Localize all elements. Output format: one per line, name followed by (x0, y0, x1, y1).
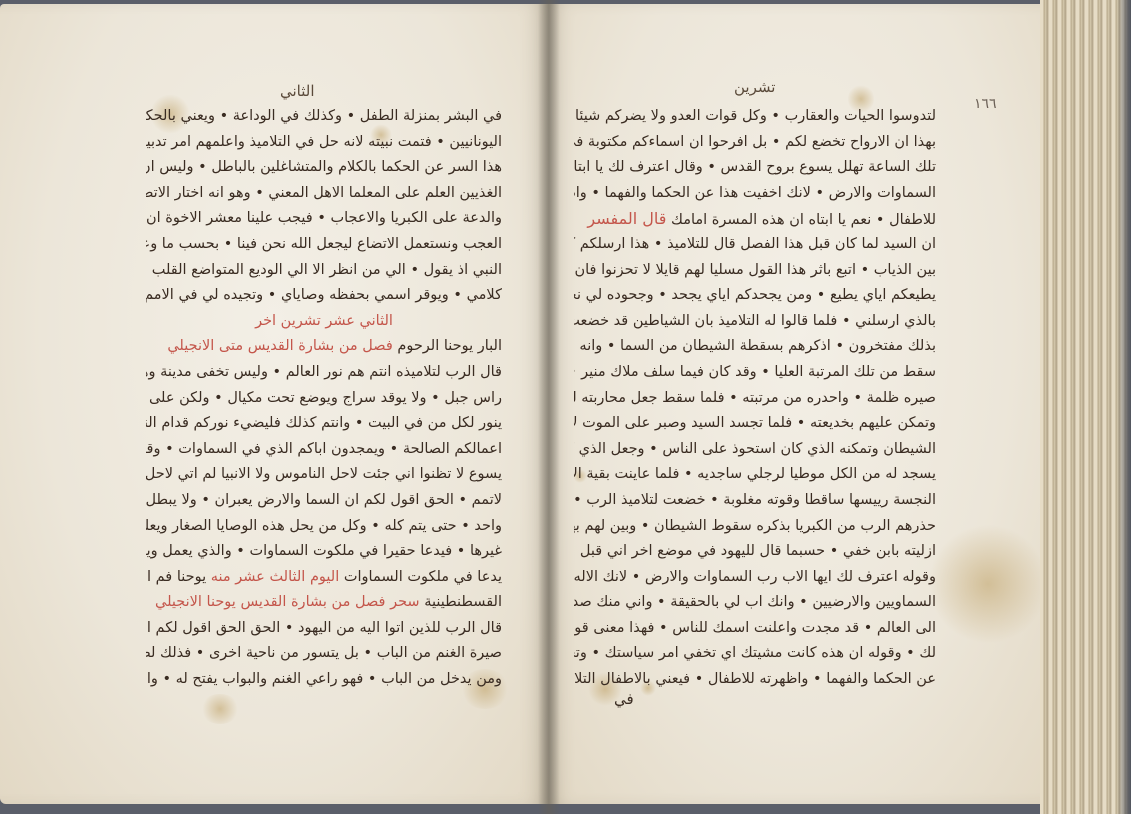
text-line: صيرة الغنم من الباب • بل يتسور من ناحية … (146, 641, 502, 667)
text-line: كلامي • ويوقر اسمي بحفظه وصاياي • وتجيده… (146, 283, 502, 309)
text-line: السماوات والارض • لانك اخفيت هذا عن الحك… (574, 181, 936, 207)
text-line: حذرهم الرب من الكبريا بذكره سقوط الشيطان… (574, 514, 936, 540)
rubric-date-heading: الثاني عشر تشرين اخر (146, 309, 502, 335)
text-line: هذا السر عن الحكما بالكلام والمتشاغلين ب… (146, 155, 502, 181)
text-segment: كلامي • ويوقر اسمي بحفظه وصاياي • وتجيده… (146, 287, 502, 303)
text-line: اعمالكم الصالحة • ويمجدون اباكم الذي في … (146, 437, 502, 463)
text-segment: يدعا في ملكوت السماوات (344, 569, 502, 585)
running-header: تشرين (734, 78, 775, 96)
section-heading-line: القسطنطينية سحر فصل من بشارة القديس يوحن… (146, 590, 502, 616)
rubric-date: اليوم الثالث عشر منه (211, 569, 340, 585)
left-text-block: في البشر بمنزلة الطفل • وكذلك في الوداعة… (146, 104, 502, 693)
rubric-gospel-heading: سحر فصل من بشارة القديس يوحنا الانجيلي (155, 594, 420, 610)
text-line: غيرها • فيدعا حقيرا في ملكوت السماوات • … (146, 539, 502, 565)
text-line: واحد • حتى يتم كله • وكل من يحل هذه الوص… (146, 514, 502, 540)
stain (200, 694, 240, 724)
text-line: راس جبل • ولا يوقد سراج ويوضع تحت مكيال … (146, 386, 502, 412)
text-segment: يوحنا فم الذهب بطريرك (146, 569, 206, 585)
text-line: والدعة على الكبريا والاعجاب • فيجب علينا… (146, 206, 502, 232)
book-gutter (538, 0, 560, 814)
text-line: بين الذياب • اتبع باثر هذا القول مسليا ل… (574, 258, 936, 284)
text-line: قال الرب للذين اتوا اليه من اليهود • الح… (146, 616, 502, 642)
text-line: ان السيد لما كان قبل هذا الفصل قال للتلا… (574, 232, 936, 258)
text-line: بالذي ارسلني • فلما قالوا له التلاميذ با… (574, 309, 936, 335)
page-edges (1040, 0, 1131, 814)
rubric-commentator-heading: قال المفسر (587, 209, 666, 228)
folio-number: ١٦٦ (974, 96, 997, 112)
catchword: في (614, 690, 634, 708)
text-line: لاتمم • الحق اقول لكم ان السما والارض يع… (146, 488, 502, 514)
text-line: ومن يدخل من الباب • فهو راعي الغنم والبو… (146, 667, 502, 693)
right-page: تشرين ١٦٦ لتدوسوا الحيات والعقارب • وكل … (548, 4, 1048, 804)
running-header: الثاني (280, 82, 315, 100)
text-line: لتدوسوا الحيات والعقارب • وكل قوات العدو… (574, 104, 936, 130)
lead-in: البار يوحنا الرحوم (397, 338, 502, 354)
text-line: يطيعكم اياي يطيع • ومن يجحدكم اياي يجحد … (574, 283, 936, 309)
text-line: يسوع لا تظنوا اني جئت لاحل الناموس ولا ا… (146, 462, 502, 488)
text-line: ازليته بابن خفي • حسبما قال لليهود في مو… (574, 539, 936, 565)
text-line: سقط من تلك المرتبة العليا • وقد كان فيما… (574, 360, 936, 386)
text-line: تلك الساعة تهلل يسوع بروح القدس • وقال ا… (574, 155, 936, 181)
section-heading-line: البار يوحنا الرحوم فصل من بشارة القديس م… (146, 334, 502, 360)
rubric-gospel-heading: فصل من بشارة القديس متى الانجيلي (167, 338, 392, 354)
text-line: قال الرب لتلاميذه انتم هم نور العالم • و… (146, 360, 502, 386)
text-line: بهذا ان الارواح تخضع لكم • بل افرحوا ان … (574, 130, 936, 156)
lead-in: القسطنطينية (424, 594, 502, 610)
text-line: صيره ظلمة • واحدره من مرتبته • فلما سقط … (574, 386, 936, 412)
right-text-block: لتدوسوا الحيات والعقارب • وكل قوات العدو… (574, 104, 936, 693)
text-line: بذلك مفتخرون • اذكرهم بسقطة الشيطان من ا… (574, 334, 936, 360)
text-line: ينور لكل من في البيت • وانتم كذلك فليضيء… (146, 411, 502, 437)
text-line: الشيطان وتمكنه الذي كان استحوذ على الناس… (574, 437, 936, 463)
manuscript-spread: الثاني في البشر بمنزلة الطفل • وكذلك في … (0, 0, 1131, 814)
text-line: يسجد له من الكل موطيا لرجلي ساجديه • فلم… (574, 462, 936, 488)
text-line: في البشر بمنزلة الطفل • وكذلك في الوداعة… (146, 104, 502, 130)
text-line: لك • وقوله ان هذه كانت مشيتك اي تخفي امر… (574, 641, 936, 667)
text-line: يدعا في ملكوت السماوات اليوم الثالث عشر … (146, 565, 502, 591)
text-line: اليونانيين • فتمت نبيته لانه حل في التلا… (146, 130, 502, 156)
text-line: النبي اذ يقول • الي من انظر الا الي الود… (146, 258, 502, 284)
text-line: السماويين والارضيين • وانك اب لي بالحقيق… (574, 590, 936, 616)
text-line: النجسة رييسها ساقطا وقوته مغلوبة • خضعت … (574, 488, 936, 514)
text-line: عن الحكما والفهما • واظهرته للاطفال • في… (574, 667, 936, 693)
text-segment: للاطفال • نعم يا ابتاه ان هذه المسرة اما… (671, 212, 936, 228)
text-line: الغذيين العلم على المعلما الاهل المعني •… (146, 181, 502, 207)
text-line: العجب ونستعمل الاتضاع ليجعل الله نحن فين… (146, 232, 502, 258)
text-line: الى العالم • قد مجدت واعلنت اسمك للناس •… (574, 616, 936, 642)
text-line: وقوله اعترف لك ايها الاب رب السماوات وال… (574, 565, 936, 591)
stain (928, 524, 1048, 644)
left-page: الثاني في البشر بمنزلة الطفل • وكذلك في … (0, 4, 548, 804)
text-line: للاطفال • نعم يا ابتاه ان هذه المسرة اما… (574, 206, 936, 232)
text-line: وتمكن عليهم بخديعته • فلما تجسد السيد وص… (574, 411, 936, 437)
